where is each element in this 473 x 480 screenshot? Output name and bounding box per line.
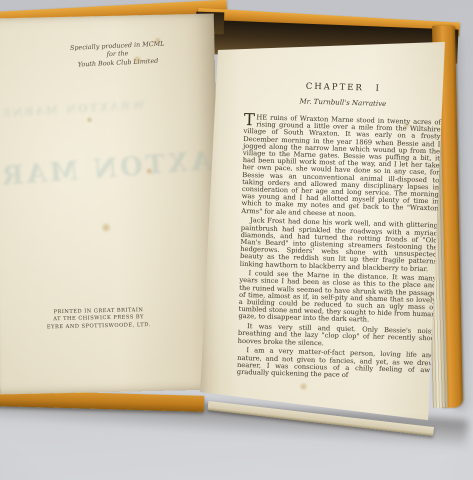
narrative-subtitle: Mr. Turnbull's Narrative <box>244 96 441 109</box>
drop-cap: T <box>244 114 257 127</box>
imprint-line: EYRE AND SPOTTISWOODE, LTD. <box>45 322 153 332</box>
left-page: WRAXTON MARNE WRAXTON MARNE Specially pr… <box>0 14 222 395</box>
book-club-stamp: Specially produced in MCML for the Youth… <box>56 39 179 70</box>
body-text: THE ruins of Wraxton Marne stood in twen… <box>237 114 441 382</box>
printer-imprint: PRINTED IN GREAT BRITAIN AT THE CHISWICK… <box>44 307 152 332</box>
body-paragraph: Jack Frost had done his work well, and w… <box>240 217 438 273</box>
right-page: CHAPTER I Mr. Turnbull's Narrative THE r… <box>195 36 450 424</box>
foxing-stain <box>403 122 410 129</box>
showthrough-ghost-text: WRAXTON MARNE <box>0 99 145 120</box>
chapter-heading: CHAPTER I <box>245 80 442 95</box>
foxing-stain <box>299 382 308 391</box>
right-page-text-block: CHAPTER I Mr. Turnbull's Narrative THE r… <box>237 80 442 384</box>
foxing-stain <box>100 222 111 233</box>
body-paragraph: THE ruins of Wraxton Marne stood in twen… <box>241 114 441 220</box>
body-paragraph: I could see the Marne in the distance. I… <box>238 270 436 326</box>
body-paragraph: I am a very matter-of-fact person, lovin… <box>237 347 435 381</box>
paragraph-text: HE ruins of Wraxton Marne stood in twent… <box>241 113 441 217</box>
foxing-stain <box>145 167 153 175</box>
foxing-stain <box>86 116 93 123</box>
